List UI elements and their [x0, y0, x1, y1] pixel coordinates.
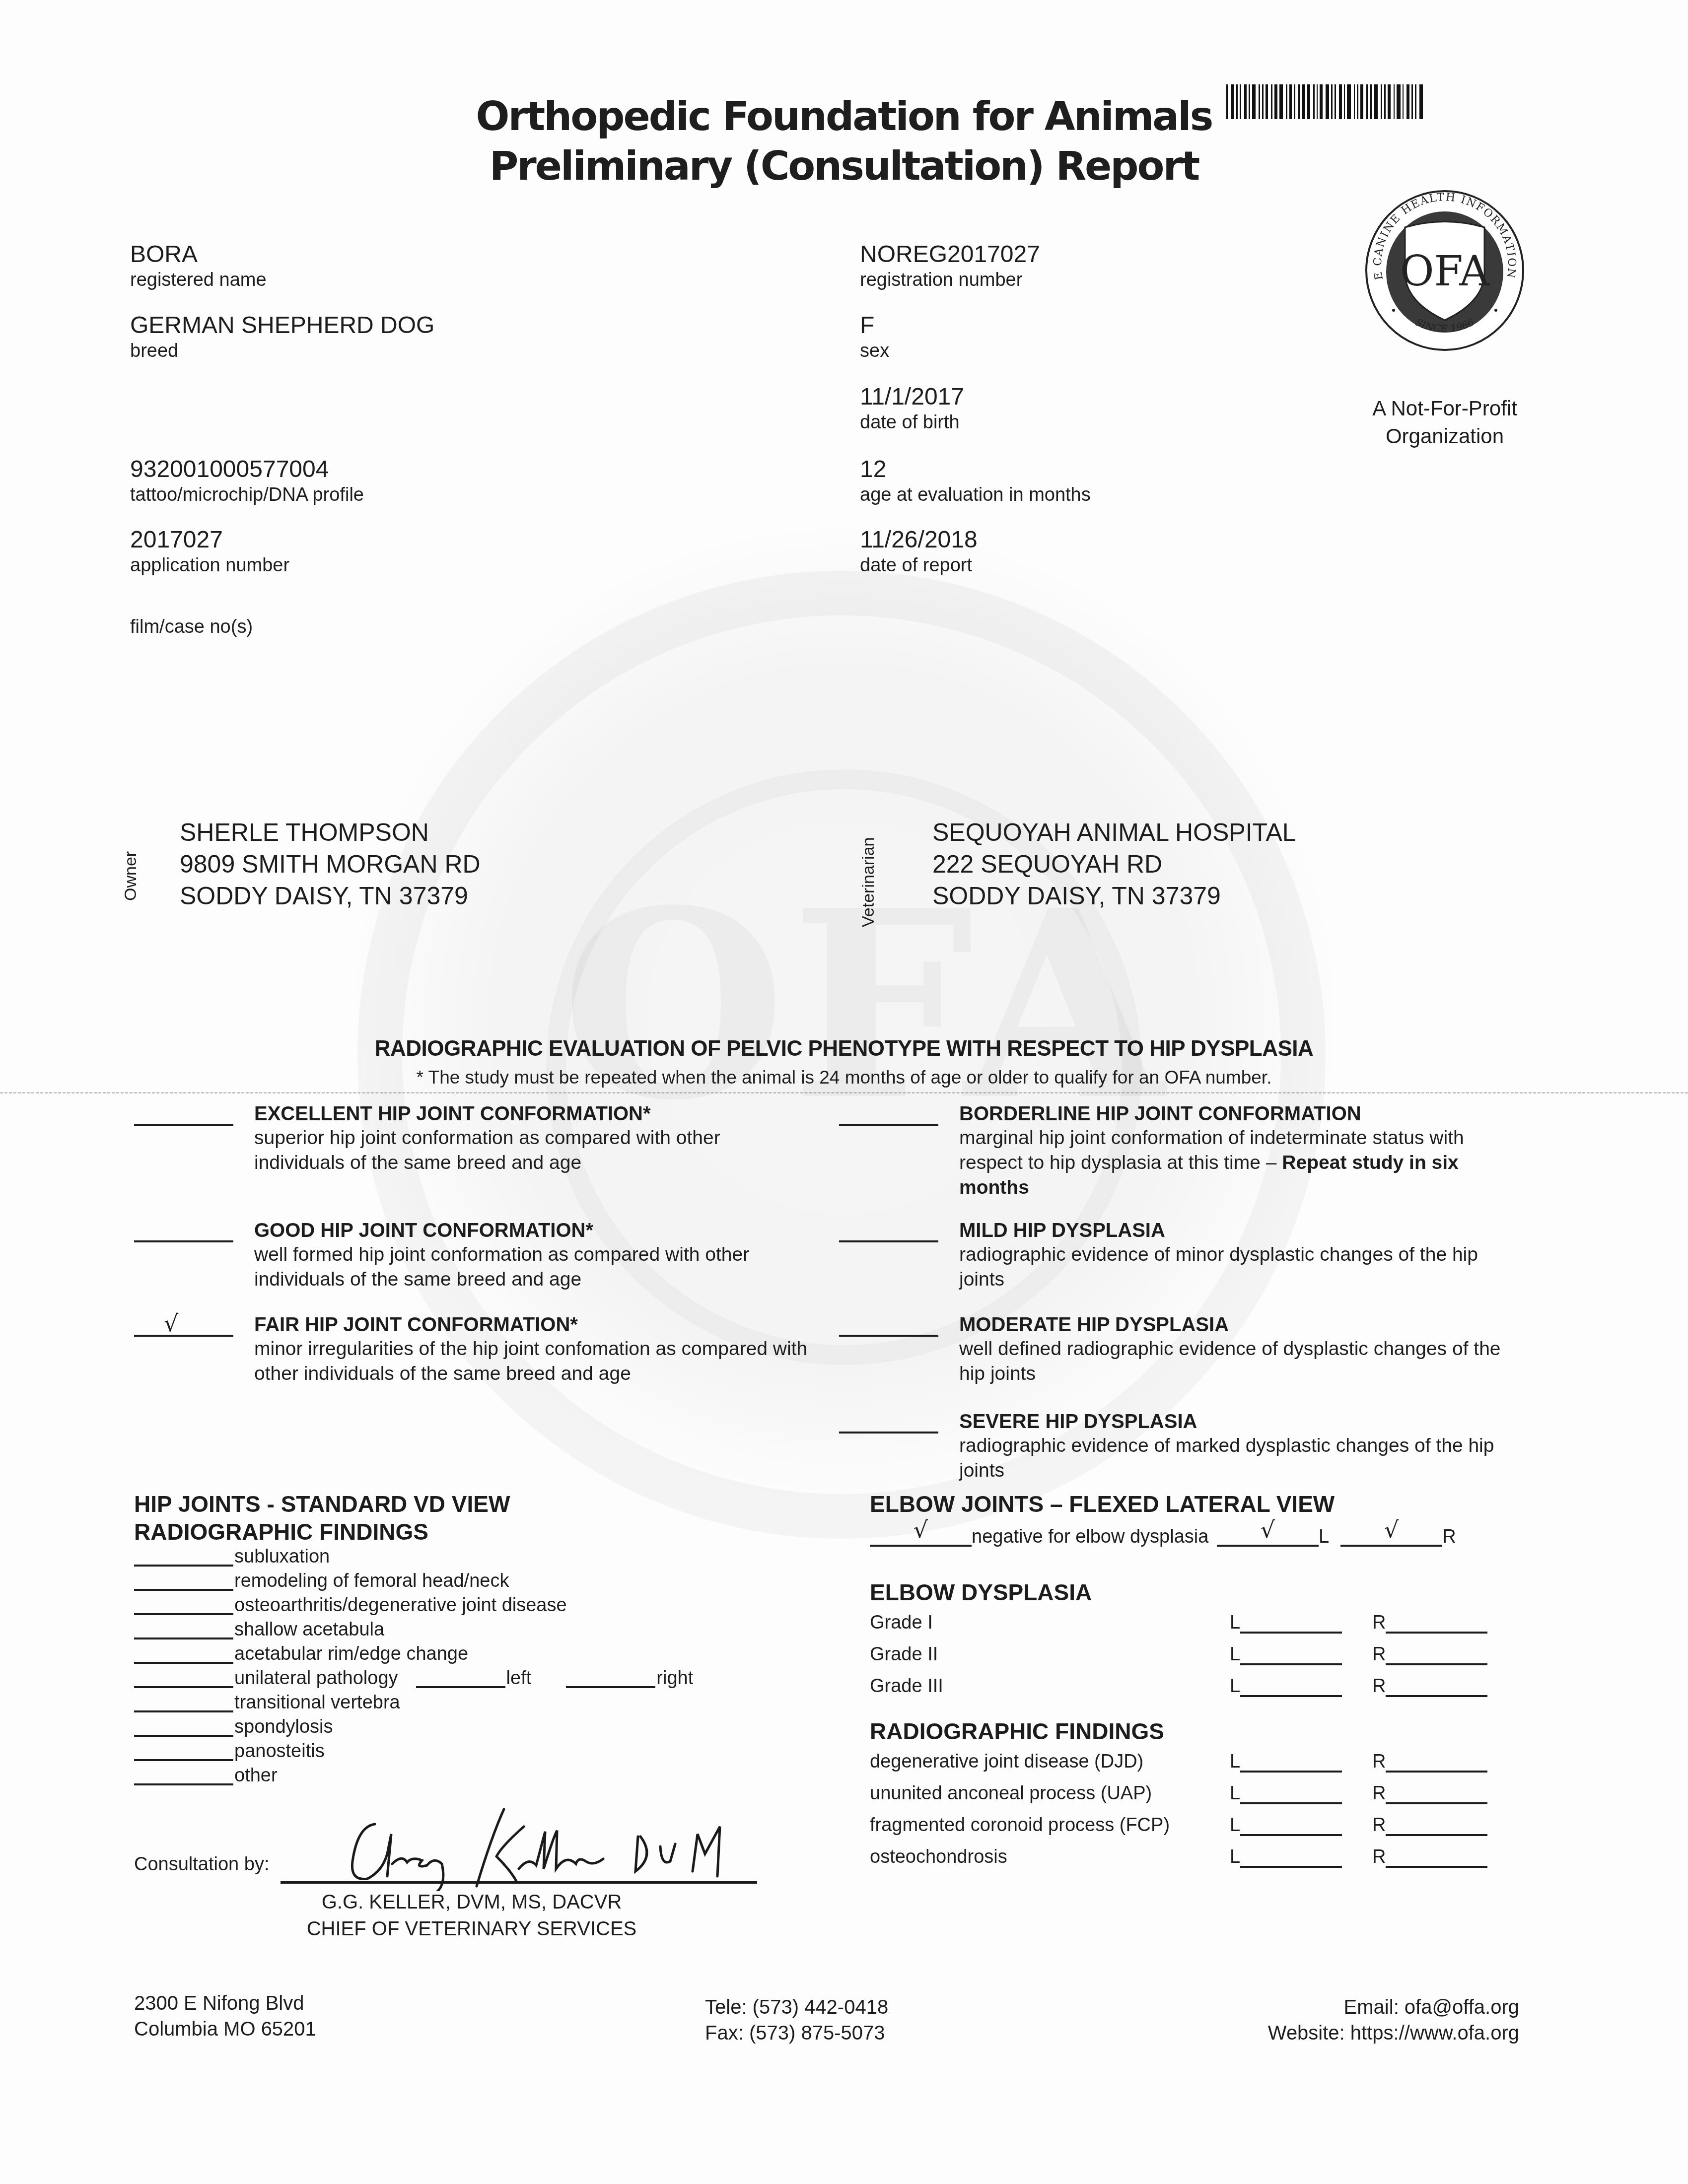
film-case-label: film/case no(s) — [130, 615, 253, 638]
right-field[interactable]: R — [1372, 1781, 1487, 1805]
grade-description: radiographic evidence of minor dysplasti… — [959, 1242, 1515, 1292]
elbow-grade-row: Grade IILR — [870, 1642, 1495, 1667]
breed-field: GERMAN SHEPHERD DOG breed — [130, 312, 434, 362]
grade-title: SEVERE HIP DYSPLASIA — [959, 1410, 1515, 1433]
hip-finding-row: panosteitis — [134, 1739, 325, 1763]
grade-description: well defined radiographic evidence of dy… — [959, 1337, 1515, 1386]
check-mark-icon: √ — [1384, 1518, 1399, 1542]
hip-finding-row: subluxation — [134, 1545, 330, 1569]
right-field[interactable]: R — [1372, 1642, 1487, 1666]
hip-finding-label: spondylosis — [234, 1716, 333, 1737]
hip-finding-row: spondylosis — [134, 1715, 333, 1739]
age-field: 12 age at evaluation in months — [860, 456, 1091, 506]
grade-description: radiographic evidence of marked dysplast… — [959, 1433, 1515, 1483]
hip-heading-1: HIP JOINTS - STANDARD VD VIEW — [134, 1490, 510, 1518]
date-of-birth-field: 11/1/2017 date of birth — [860, 383, 964, 434]
title-line-1: Orthopedic Foundation for Animals — [447, 92, 1241, 141]
microchip-value: 932001000577004 — [130, 456, 364, 483]
right-field[interactable]: R — [1372, 1813, 1487, 1837]
hip-finding-blank[interactable] — [134, 1735, 233, 1737]
tagline-line-2: Organization — [1311, 422, 1579, 450]
hip-heading-2: RADIOGRAPHIC FINDINGS — [134, 1518, 510, 1546]
veterinarian-address: SEQUOYAH ANIMAL HOSPITAL 222 SEQUOYAH RD… — [932, 817, 1296, 912]
grade-checkbox-blank[interactable] — [839, 1335, 938, 1337]
elbow-grade-label: Grade III — [870, 1674, 943, 1698]
hip-finding-label: subluxation — [234, 1546, 330, 1567]
owner-city: SODDY DAISY, TN 37379 — [180, 880, 481, 912]
application-number-field: 2017027 application number — [130, 526, 289, 577]
registration-number-field: NOREG2017027 registration number — [860, 241, 1040, 291]
hip-finding-blank[interactable] — [134, 1686, 233, 1688]
sex-value: F — [860, 312, 889, 340]
hip-finding-blank[interactable] — [134, 1783, 233, 1785]
left-field[interactable]: L — [1230, 1845, 1342, 1869]
title-line-2: Preliminary (Consultation) Report — [447, 141, 1241, 191]
hip-finding-blank[interactable] — [134, 1613, 233, 1615]
left-field[interactable]: L — [1230, 1781, 1342, 1805]
hip-finding-label: transitional vertebra — [234, 1692, 400, 1713]
grade-title: MODERATE HIP DYSPLASIA — [959, 1313, 1515, 1337]
hip-finding-row: osteoarthritis/degenerative joint diseas… — [134, 1593, 567, 1617]
negative-right-checkbox[interactable]: √ — [1340, 1545, 1442, 1547]
elbow-grade-row: Grade IIILR — [870, 1674, 1495, 1699]
unilateral-left-label: left — [506, 1668, 532, 1689]
elbow-grade-label: Grade I — [870, 1611, 933, 1635]
age-label: age at evaluation in months — [860, 483, 1091, 506]
elbow-dysplasia-heading: ELBOW DYSPLASIA — [870, 1578, 1092, 1606]
grade-description: marginal hip joint conformation of indet… — [959, 1126, 1515, 1200]
elbow-finding-label: osteochondrosis — [870, 1845, 1007, 1869]
footer-address-line-1: 2300 E Nifong Blvd — [134, 1990, 316, 2016]
grade-title: EXCELLENT HIP JOINT CONFORMATION* — [254, 1102, 810, 1126]
sex-field: F sex — [860, 312, 889, 362]
elbow-grade-label: Grade II — [870, 1642, 938, 1666]
left-field[interactable]: L — [1230, 1642, 1342, 1666]
elbow-finding-row: fragmented coronoid process (FCP)LR — [870, 1813, 1495, 1838]
grade-checkbox-blank[interactable] — [839, 1432, 938, 1433]
hip-finding-row: remodeling of femoral head/neck — [134, 1569, 509, 1593]
left-label: L — [1319, 1526, 1329, 1547]
negative-checkbox[interactable]: √ — [870, 1545, 972, 1547]
grade-title: FAIR HIP JOINT CONFORMATION* — [254, 1313, 810, 1337]
grade-description: well formed hip joint conformation as co… — [254, 1242, 810, 1292]
date-of-report-label: date of report — [860, 554, 978, 577]
grade-checkbox-blank[interactable] — [134, 1124, 233, 1126]
signer-block: G.G. KELLER, DVM, MS, DACVR CHIEF OF VET… — [298, 1889, 645, 1942]
right-field[interactable]: R — [1372, 1611, 1487, 1635]
registered-name-field: BORA registered name — [130, 241, 267, 291]
hip-finding-blank[interactable] — [134, 1710, 233, 1712]
age-value: 12 — [860, 456, 1091, 483]
page-fold-line — [0, 1092, 1688, 1094]
microchip-field: 932001000577004 tattoo/microchip/DNA pro… — [130, 456, 364, 506]
owner-street: 9809 SMITH MORGAN RD — [180, 848, 481, 880]
right-field[interactable]: R — [1372, 1750, 1487, 1774]
registration-number-value: NOREG2017027 — [860, 241, 1040, 269]
footer-email[interactable]: Email: ofa@offa.org — [1268, 1994, 1519, 2020]
veterinarian-street: 222 SEQUOYAH RD — [932, 848, 1296, 880]
elbow-grade-row: Grade ILR — [870, 1611, 1495, 1636]
barcode-icon — [1226, 84, 1425, 119]
hip-findings-heading: HIP JOINTS - STANDARD VD VIEW RADIOGRAPH… — [134, 1490, 510, 1546]
breed-value: GERMAN SHEPHERD DOG — [130, 312, 434, 340]
film-case-field: film/case no(s) — [130, 615, 253, 638]
check-mark-icon: √ — [914, 1518, 928, 1542]
signer-title: CHIEF OF VETERINARY SERVICES — [298, 1915, 645, 1942]
application-number-label: application number — [130, 554, 289, 577]
grade-title: BORDERLINE HIP JOINT CONFORMATION — [959, 1102, 1515, 1126]
elbow-finding-label: degenerative joint disease (DJD) — [870, 1750, 1143, 1774]
right-field[interactable]: R — [1372, 1674, 1487, 1698]
veterinarian-name: SEQUOYAH ANIMAL HOSPITAL — [932, 817, 1296, 848]
unilateral-right-label: right — [656, 1668, 693, 1689]
footer-address: 2300 E Nifong Blvd Columbia MO 65201 — [134, 1990, 316, 2042]
hip-finding-label: acetabular rim/edge change — [234, 1643, 468, 1664]
unilateral-left-blank[interactable] — [416, 1686, 505, 1688]
date-of-birth-value: 11/1/2017 — [860, 383, 964, 411]
hip-finding-label: shallow acetabula — [234, 1619, 384, 1640]
registration-number-label: registration number — [860, 269, 1040, 291]
right-field[interactable]: R — [1372, 1845, 1487, 1869]
date-of-report-field: 11/26/2018 date of report — [860, 526, 978, 577]
date-of-report-value: 11/26/2018 — [860, 526, 978, 554]
hip-finding-row: other — [134, 1764, 278, 1787]
elbow-findings-heading: RADIOGRAPHIC FINDINGS — [870, 1717, 1164, 1745]
hip-finding-label: unilateral pathology — [234, 1668, 398, 1689]
grade-title: MILD HIP DYSPLASIA — [959, 1219, 1515, 1242]
left-field[interactable]: L — [1230, 1813, 1342, 1837]
footer-website-link[interactable]: Website: https://www.ofa.org — [1268, 2020, 1519, 2046]
elbow-negative-row: √negative for elbow dysplasia √L √R — [870, 1525, 1456, 1549]
not-for-profit-tagline: A Not-For-Profit Organization — [1311, 395, 1579, 450]
veterinarian-label: Veterinarian — [859, 837, 878, 927]
elbow-finding-label: ununited anconeal process (UAP) — [870, 1781, 1152, 1805]
left-field[interactable]: L — [1230, 1611, 1342, 1635]
check-mark-icon: √ — [164, 1310, 178, 1337]
owner-address: SHERLE THOMPSON 9809 SMITH MORGAN RD SOD… — [180, 817, 481, 912]
left-field[interactable]: L — [1230, 1750, 1342, 1774]
grade-checkbox-blank[interactable] — [134, 1240, 233, 1242]
hip-finding-label: other — [234, 1765, 278, 1786]
negative-left-checkbox[interactable]: √ — [1217, 1545, 1319, 1547]
microchip-label: tattoo/microchip/DNA profile — [130, 483, 364, 506]
footer-contact: Email: ofa@offa.org Website: https://www… — [1268, 1994, 1519, 2046]
breed-label: breed — [130, 340, 434, 362]
footer-phone: Tele: (573) 442-0418 Fax: (573) 875-5073 — [705, 1994, 888, 2046]
elbow-finding-label: fragmented coronoid process (FCP) — [870, 1813, 1170, 1837]
hip-finding-blank[interactable] — [134, 1638, 233, 1639]
elbow-heading: ELBOW JOINTS – FLEXED LATERAL VIEW — [870, 1490, 1335, 1518]
hip-finding-label: remodeling of femoral head/neck — [234, 1570, 509, 1591]
sex-label: sex — [860, 340, 889, 362]
registered-name-label: registered name — [130, 269, 267, 291]
footer-fax: Fax: (573) 875-5073 — [705, 2020, 888, 2046]
elbow-finding-row: osteochondrosisLR — [870, 1845, 1495, 1870]
grade-description: superior hip joint conformation as compa… — [254, 1126, 810, 1175]
tagline-line-1: A Not-For-Profit — [1311, 395, 1579, 422]
owner-name: SHERLE THOMPSON — [180, 817, 481, 848]
grade-checkbox-blank[interactable] — [134, 1335, 233, 1337]
hip-finding-blank[interactable] — [134, 1662, 233, 1664]
hip-finding-row: transitional vertebra — [134, 1691, 400, 1714]
date-of-birth-label: date of birth — [860, 411, 964, 434]
consultation-label: Consultation by: — [134, 1854, 270, 1875]
grade-description: minor irregularities of the hip joint co… — [254, 1337, 810, 1386]
right-label: R — [1442, 1526, 1456, 1547]
hip-finding-row: shallow acetabula — [134, 1618, 384, 1641]
footer-address-line-2: Columbia MO 65201 — [134, 2016, 316, 2042]
handwritten-signature-icon — [328, 1807, 735, 1891]
hip-finding-blank[interactable] — [134, 1589, 233, 1591]
hip-finding-label: panosteitis — [234, 1741, 325, 1762]
elbow-finding-row: degenerative joint disease (DJD)LR — [870, 1750, 1495, 1774]
veterinarian-city: SODDY DAISY, TN 37379 — [932, 880, 1296, 912]
grade-title: GOOD HIP JOINT CONFORMATION* — [254, 1219, 810, 1242]
seal-center-text: OFA — [1400, 247, 1490, 295]
check-mark-icon: √ — [1261, 1518, 1275, 1542]
hip-finding-label: osteoarthritis/degenerative joint diseas… — [234, 1595, 567, 1616]
evaluation-title: RADIOGRAPHIC EVALUATION OF PELVIC PHENOT… — [278, 1036, 1410, 1061]
grade-description-emphasis: Repeat study in six months — [959, 1152, 1459, 1198]
application-number-value: 2017027 — [130, 526, 289, 554]
registered-name-value: BORA — [130, 241, 267, 269]
grade-checkbox-blank[interactable] — [839, 1240, 938, 1242]
report-title: Orthopedic Foundation for Animals Prelim… — [447, 92, 1241, 191]
hip-finding-row: unilateral pathologyleftright — [134, 1666, 693, 1690]
elbow-finding-row: ununited anconeal process (UAP)LR — [870, 1781, 1495, 1806]
hip-finding-blank[interactable] — [134, 1565, 233, 1567]
hip-finding-blank[interactable] — [134, 1759, 233, 1761]
evaluation-note: * The study must be repeated when the an… — [278, 1067, 1410, 1088]
owner-label: Owner — [121, 851, 141, 901]
unilateral-right-blank[interactable] — [566, 1686, 655, 1688]
grade-checkbox-blank[interactable] — [839, 1124, 938, 1126]
footer-telephone: Tele: (573) 442-0418 — [705, 1994, 888, 2020]
left-field[interactable]: L — [1230, 1674, 1342, 1698]
hip-finding-row: acetabular rim/edge change — [134, 1642, 468, 1666]
signer-name: G.G. KELLER, DVM, MS, DACVR — [298, 1889, 645, 1915]
ofa-seal-icon: OFA OFA · THE CANINE HEALTH INFORMATION … — [1363, 189, 1527, 352]
negative-label: negative for elbow dysplasia — [972, 1526, 1208, 1547]
